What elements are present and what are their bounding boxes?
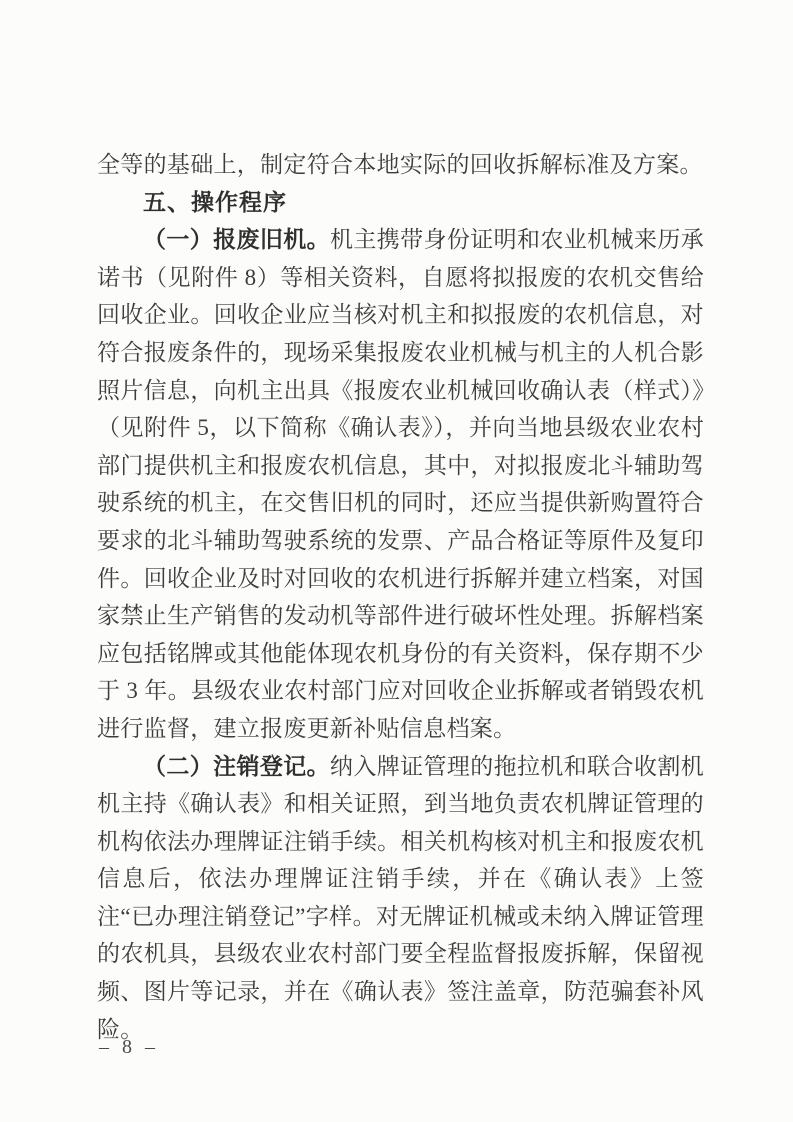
document-page: 全等的基础上，制定符合本地实际的回收拆解标准及方案。 五、操作程序 （一）报废旧… bbox=[0, 0, 793, 1122]
paragraph-scrap-lead: （一）报废旧机。 bbox=[143, 227, 330, 252]
continuation-paragraph: 全等的基础上，制定符合本地实际的回收拆解标准及方案。 bbox=[97, 146, 704, 184]
paragraph-deregistration-lead: （二）注销登记。 bbox=[143, 754, 330, 779]
section-heading-operating-procedures: 五、操作程序 bbox=[97, 184, 704, 222]
paragraph-deregistration-body: 纳入牌证管理的拖拉机和联合收割机机主持《确认表》和相关证照，到当地负责农机牌证管… bbox=[97, 754, 704, 1042]
page-number: – 8 – bbox=[99, 1036, 159, 1059]
document-text-block: 全等的基础上，制定符合本地实际的回收拆解标准及方案。 五、操作程序 （一）报废旧… bbox=[97, 146, 704, 1048]
paragraph-deregistration: （二）注销登记。纳入牌证管理的拖拉机和联合收割机机主持《确认表》和相关证照，到当… bbox=[97, 748, 704, 1049]
paragraph-scrap-old-machine: （一）报废旧机。机主携带身份证明和农业机械来历承诺书（见附件 8）等相关资料，自… bbox=[97, 221, 704, 747]
paragraph-scrap-body: 机主携带身份证明和农业机械来历承诺书（见附件 8）等相关资料，自愿将拟报废的农机… bbox=[97, 227, 704, 741]
